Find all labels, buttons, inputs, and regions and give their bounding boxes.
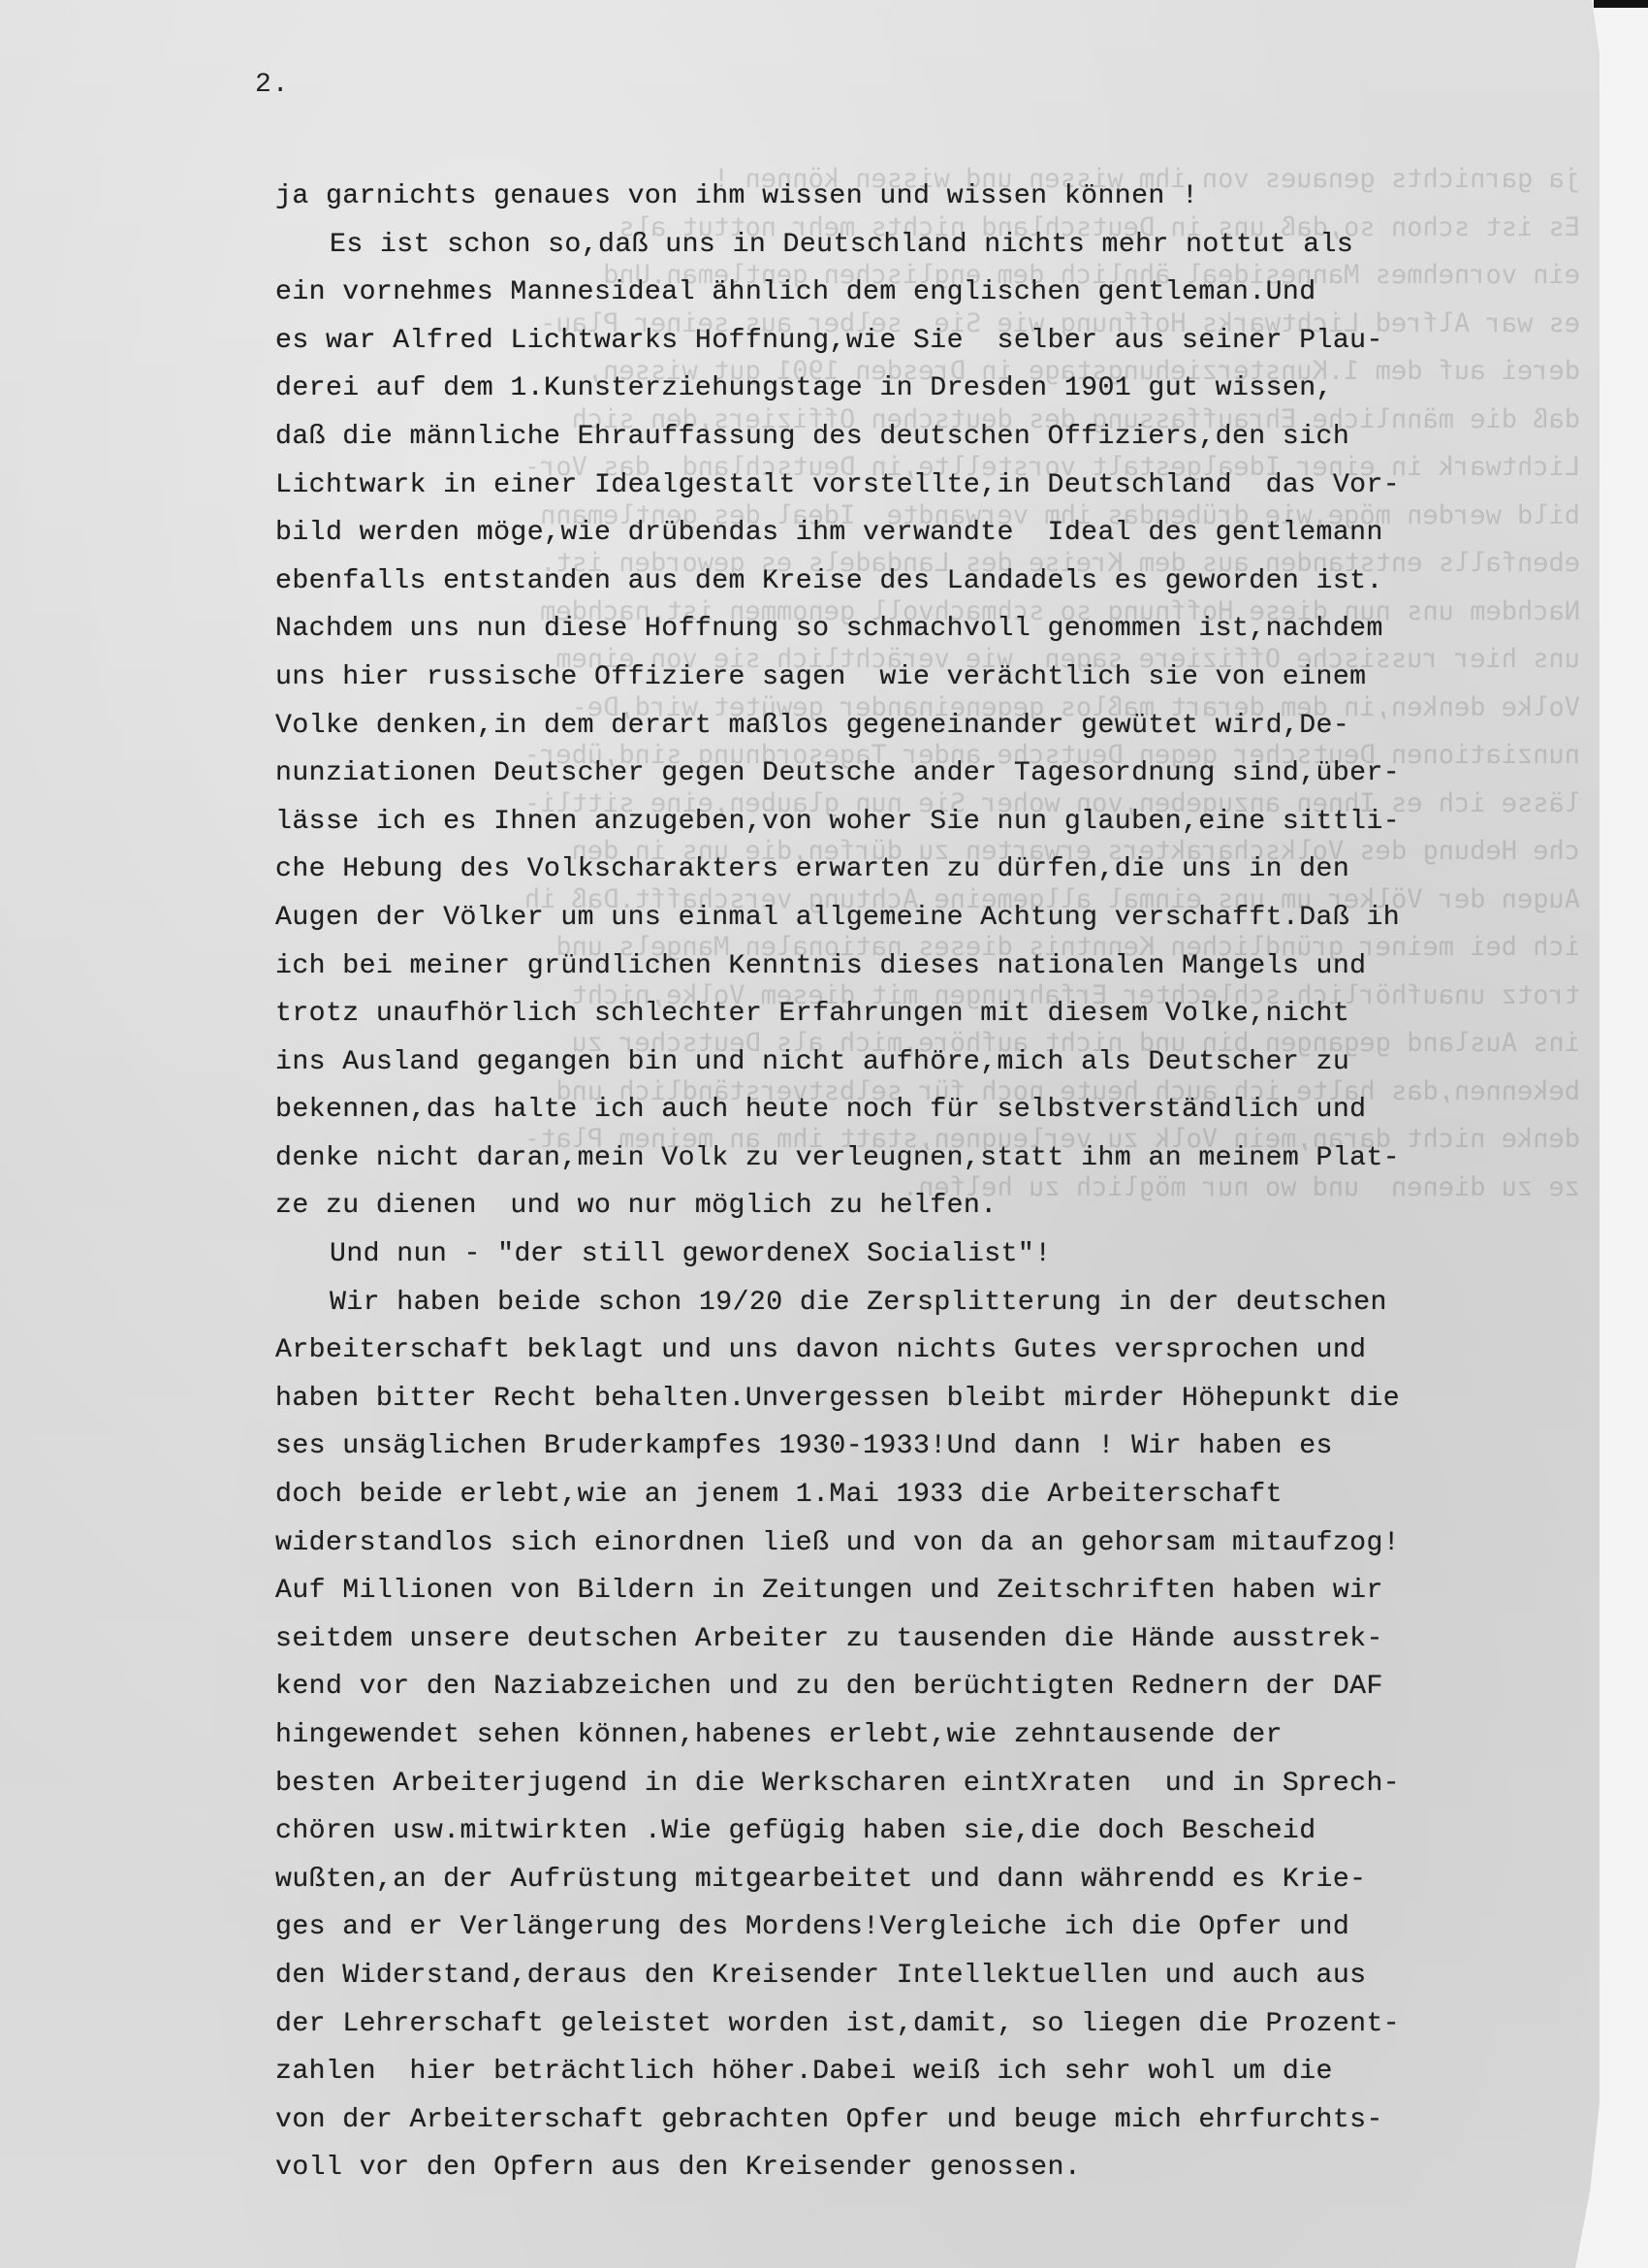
page-number: 2. [255, 70, 290, 100]
text-line: derei auf dem 1.Kunsterziehungstage in D… [275, 365, 1613, 413]
text-line: seitdem unsere deutschen Arbeiter zu tau… [275, 1615, 1613, 1664]
text-line: Augen der Völker um uns einmal allgemein… [275, 894, 1613, 942]
scan-edge [1594, 0, 1648, 8]
text-line: uns hier russische Offiziere sagen wie v… [275, 654, 1613, 702]
text-line: ebenfalls entstanden aus dem Kreise des … [275, 558, 1613, 606]
letter-body: ja garnichts genaues von ihm wissen und … [275, 173, 1613, 2192]
text-line: daß die männliche Ehrauffassung des deut… [275, 413, 1613, 462]
text-line: haben bitter Recht behalten.Unvergessen … [275, 1375, 1613, 1423]
text-line: trotz unaufhörlich schlechter Erfahrunge… [275, 990, 1613, 1038]
text-line: bekennen,das halte ich auch heute noch f… [275, 1086, 1613, 1134]
typewritten-page: ja garnichts genaues von ihm wissen und … [0, 0, 1600, 2268]
text-line: der Lehrerschaft geleistet worden ist,da… [275, 2000, 1613, 2049]
text-line: Nachdem uns nun diese Hoffnung so schmac… [275, 605, 1613, 654]
text-line: che Hebung des Volkscharakters erwarten … [275, 846, 1613, 894]
text-line: Wir haben beide schon 19/20 die Zersplit… [275, 1279, 1613, 1327]
text-line: ses unsäglichen Bruderkampfes 1930-1933!… [275, 1422, 1613, 1471]
text-line: Lichtwark in einer Idealgestalt vorstell… [275, 462, 1613, 510]
text-line: voll vor den Opfern aus den Kreisender g… [275, 2144, 1613, 2192]
text-line: nunziationen Deutscher gegen Deutsche an… [275, 750, 1613, 798]
text-line: ges and er Verlängerung des Mordens!Verg… [275, 1903, 1613, 1952]
text-line: kend vor den Naziabzeichen und zu den be… [275, 1663, 1613, 1711]
text-line: doch beide erlebt,wie an jenem 1.Mai 193… [275, 1471, 1613, 1519]
text-line: Und nun - "der still gewordeneX Socialis… [275, 1230, 1613, 1279]
text-line: den Widerstand,deraus den Kreisender Int… [275, 1952, 1613, 2000]
text-line: Arbeiterschaft beklagt und uns davon nic… [275, 1326, 1613, 1375]
text-line: lässe ich es Ihnen anzugeben,von woher S… [275, 798, 1613, 847]
text-line: ja garnichts genaues von ihm wissen und … [275, 173, 1613, 221]
text-line: ich bei meiner gründlichen Kenntnis dies… [275, 942, 1613, 991]
text-line: Es ist schon so,daß uns in Deutschland n… [275, 221, 1613, 270]
text-line: besten Arbeiterjugend in die Werkscharen… [275, 1760, 1613, 1808]
text-line: ins Ausland gegangen bin und nicht aufhö… [275, 1038, 1613, 1087]
text-line: es war Alfred Lichtwarks Hoffnung,wie Si… [275, 317, 1613, 366]
text-line: Volke denken,in dem derart maßlos gegene… [275, 702, 1613, 751]
text-line: chören usw.mitwirkten .Wie gefügig haben… [275, 1807, 1613, 1856]
text-line: wußten,an der Aufrüstung mitgearbeitet u… [275, 1856, 1613, 1904]
text-line: Auf Millionen von Bildern in Zeitungen u… [275, 1567, 1613, 1615]
text-line: ze zu dienen und wo nur möglich zu helfe… [275, 1182, 1613, 1230]
text-line: hingewendet sehen können,habenes erlebt,… [275, 1711, 1613, 1760]
text-line: denke nicht daran,mein Volk zu verleugne… [275, 1134, 1613, 1183]
text-line: widerstandlos sich einordnen ließ und vo… [275, 1519, 1613, 1568]
text-line: bild werden möge,wie drübendas ihm verwa… [275, 509, 1613, 558]
text-line: zahlen hier beträchtlich höher.Dabei wei… [275, 2048, 1613, 2096]
text-line: von der Arbeiterschaft gebrachten Opfer … [275, 2096, 1613, 2145]
text-line: ein vornehmes Mannesideal ähnlich dem en… [275, 269, 1613, 317]
